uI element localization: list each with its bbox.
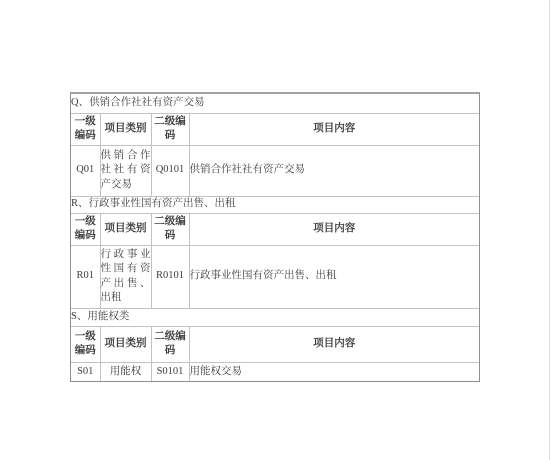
column-header-row-s: 一级编码 项目类别 二级编码 项目内容: [71, 326, 479, 362]
cell-category: 行政事业性国有资产出售、出租: [100, 245, 151, 308]
section-header-row-s: S、用能权类: [71, 308, 479, 326]
col-header-level1-code: 一级编码: [71, 326, 100, 362]
cell-level1-code: S01: [71, 362, 100, 381]
section-title-q: Q、供销合作社社有资产交易: [71, 94, 479, 113]
cell-content: 行政事业性国有资产出售、出租: [189, 245, 479, 308]
cell-level2-code: S0101: [151, 362, 189, 381]
col-header-category: 项目类别: [100, 213, 151, 245]
section-title-r: R、行政事业性国有资产出售、出租: [71, 196, 479, 213]
cell-level1-code: R01: [71, 245, 100, 308]
col-header-content: 项目内容: [189, 326, 479, 362]
col-header-content: 项目内容: [189, 213, 479, 245]
section-title-s: S、用能权类: [71, 308, 479, 326]
column-header-row-r: 一级编码 项目类别 二级编码 项目内容: [71, 213, 479, 245]
cell-category: 供销合作社社有资产交易: [100, 145, 151, 196]
col-header-level1-code: 一级编码: [71, 113, 100, 145]
cell-content: 供销合作社社有资产交易: [189, 145, 479, 196]
column-header-row-q: 一级编码 项目类别 二级编码 项目内容: [71, 113, 479, 145]
table-row: Q01 供销合作社社有资产交易 Q0101 供销合作社社有资产交易: [71, 145, 479, 196]
table-row: R01 行政事业性国有资产出售、出租 R0101 行政事业性国有资产出售、出租: [71, 245, 479, 308]
cell-level2-code: Q0101: [151, 145, 189, 196]
cell-level2-code: R0101: [151, 245, 189, 308]
table-row: S01 用能权 S0101 用能权交易: [71, 362, 479, 381]
classification-table: Q、供销合作社社有资产交易 一级编码 项目类别 二级编码 项目内容 Q01 供销…: [71, 94, 479, 381]
classification-table-container: Q、供销合作社社有资产交易 一级编码 项目类别 二级编码 项目内容 Q01 供销…: [70, 92, 480, 382]
col-header-level2-code: 二级编码: [151, 113, 189, 145]
col-header-level2-code: 二级编码: [151, 326, 189, 362]
cell-level1-code: Q01: [71, 145, 100, 196]
col-header-level1-code: 一级编码: [71, 213, 100, 245]
page-right-edge-line: [549, 0, 550, 460]
cell-category: 用能权: [100, 362, 151, 381]
col-header-content: 项目内容: [189, 113, 479, 145]
section-header-row-q: Q、供销合作社社有资产交易: [71, 94, 479, 113]
col-header-category: 项目类别: [100, 326, 151, 362]
col-header-category: 项目类别: [100, 113, 151, 145]
cell-content: 用能权交易: [189, 362, 479, 381]
col-header-level2-code: 二级编码: [151, 213, 189, 245]
section-header-row-r: R、行政事业性国有资产出售、出租: [71, 196, 479, 213]
document-page: Q、供销合作社社有资产交易 一级编码 项目类别 二级编码 项目内容 Q01 供销…: [0, 0, 553, 460]
